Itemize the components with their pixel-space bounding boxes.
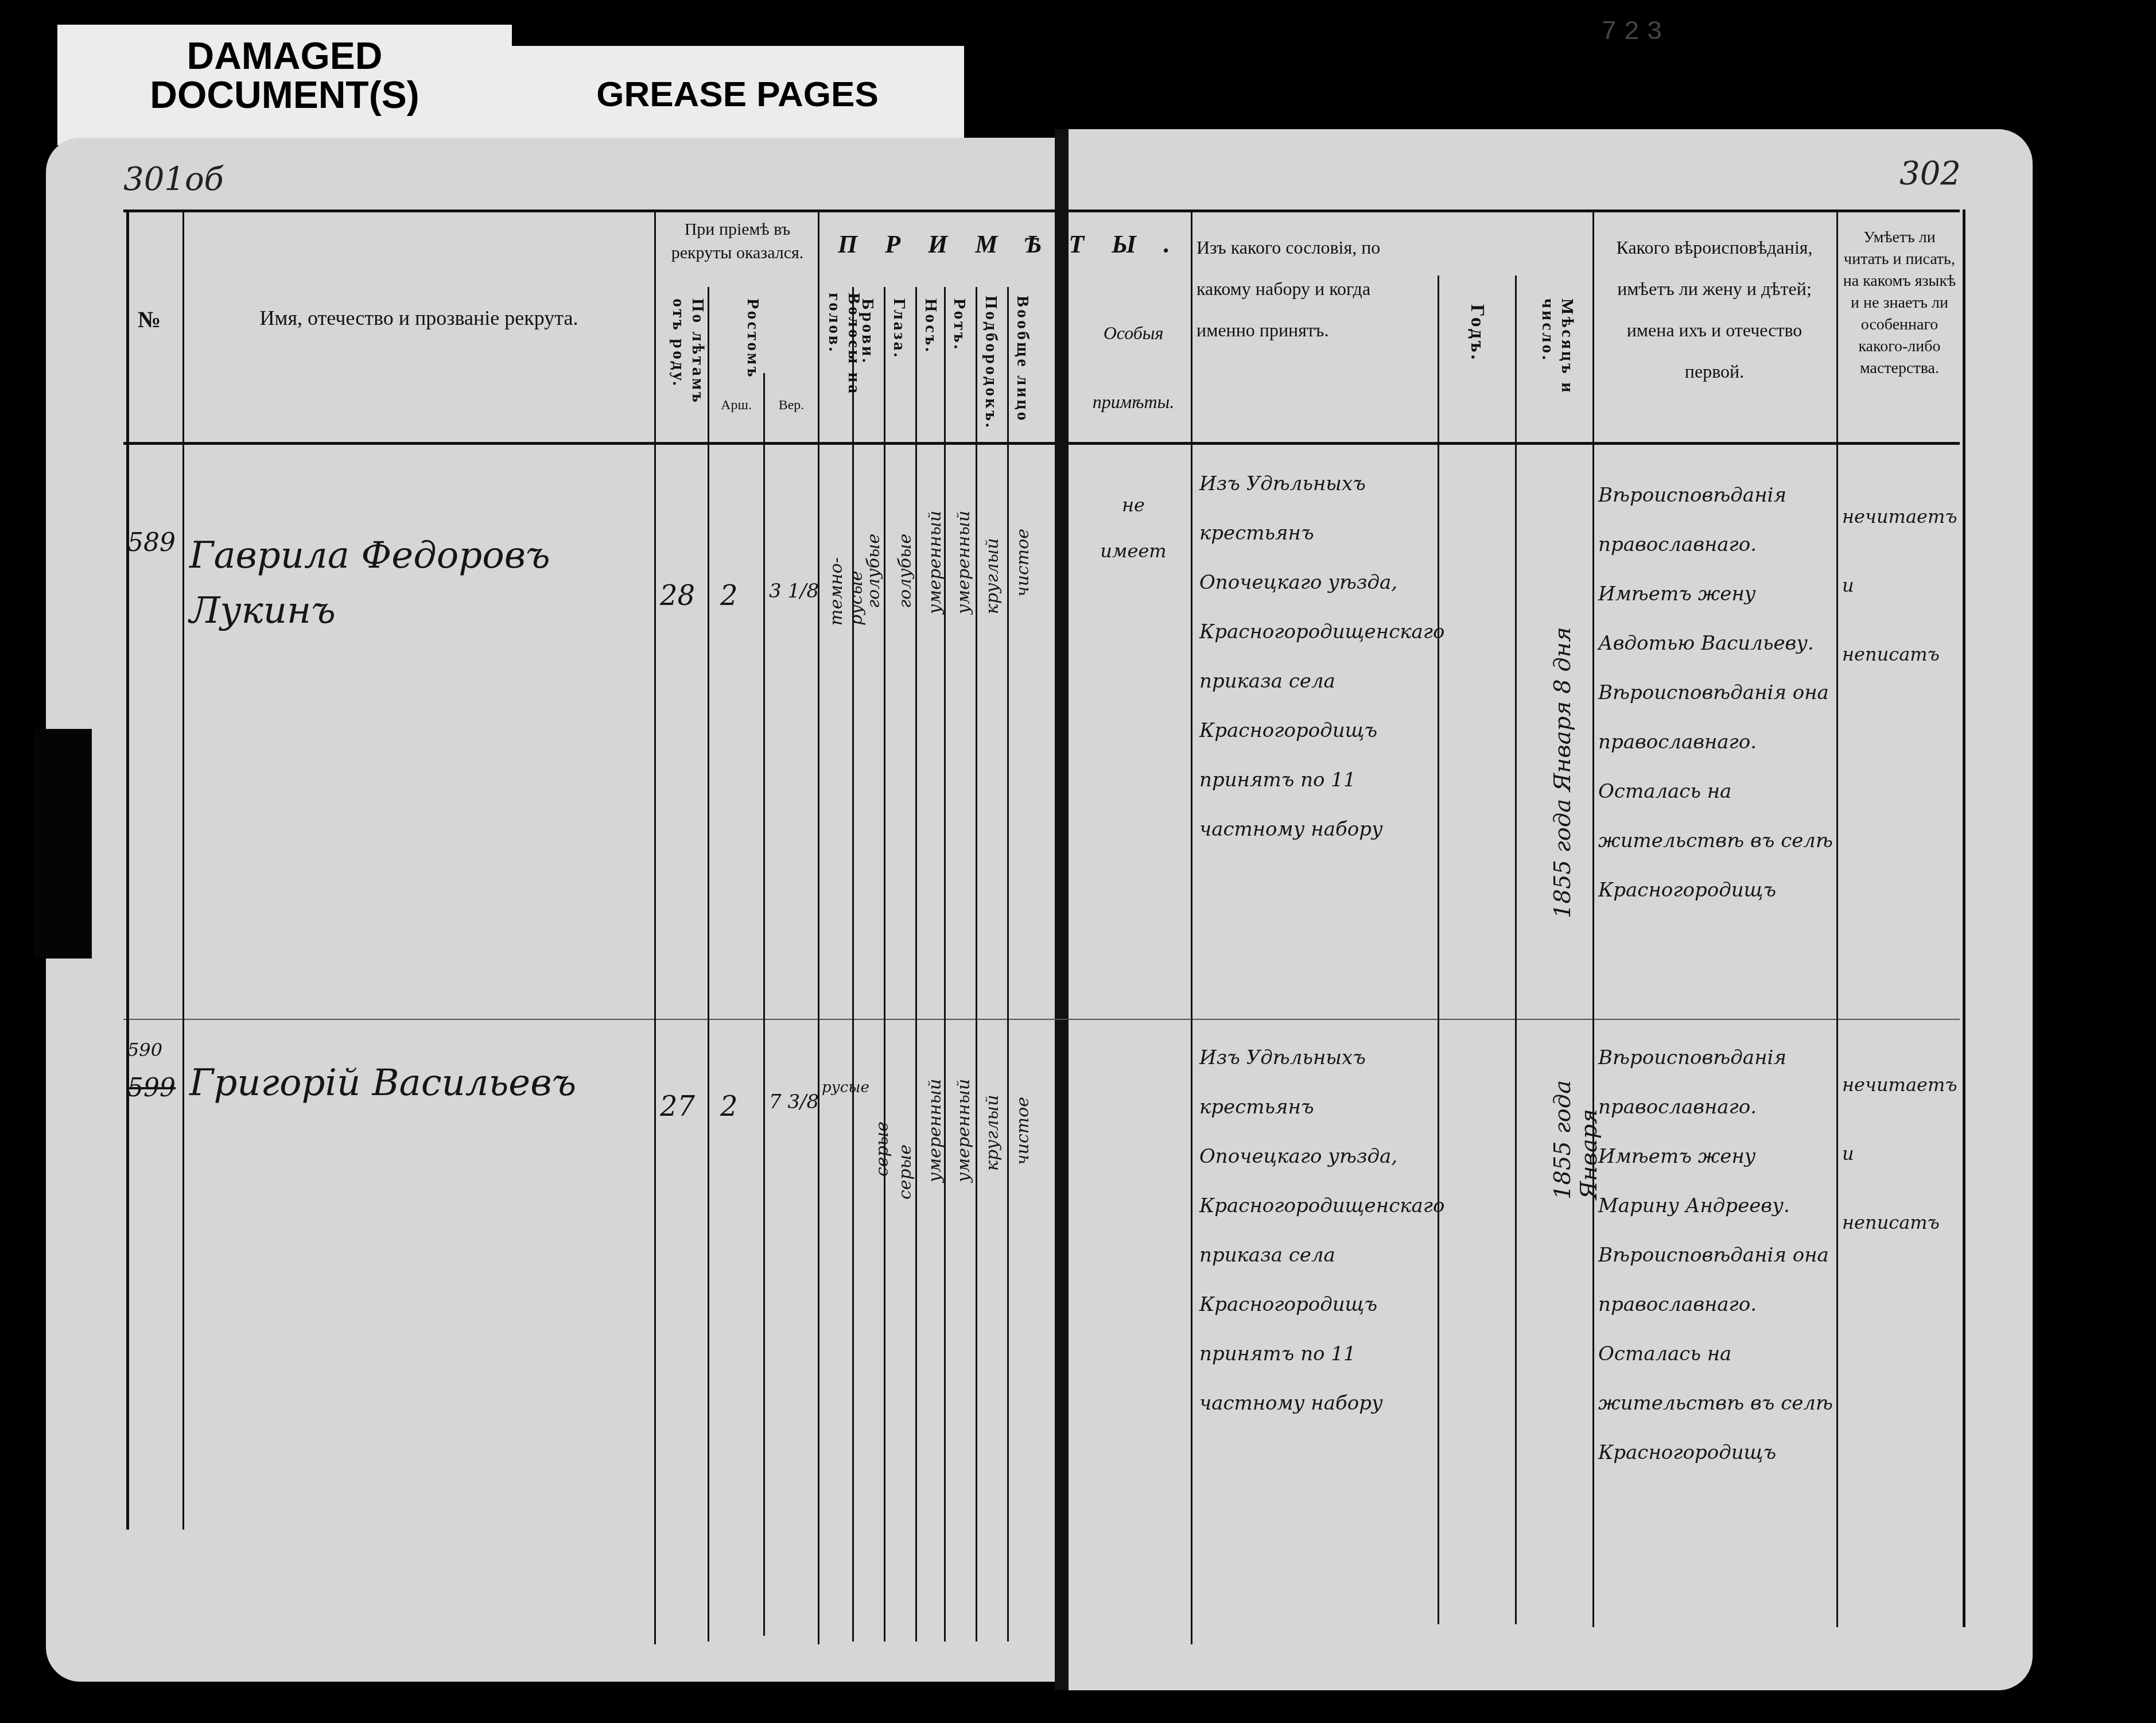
- header-year: Годъ.: [1466, 304, 1488, 430]
- record-date: 1855 года Января 8 дня: [1549, 574, 1576, 918]
- header-face: Вообще лицо: [1013, 296, 1032, 439]
- header-brows: Брови.: [858, 298, 877, 436]
- record-age: 27: [660, 1091, 695, 1123]
- record-literacy: нечитаетъ и неписатъ: [1842, 482, 1957, 689]
- left-page: [46, 138, 1062, 1682]
- column-rule: [654, 209, 656, 1644]
- column-rule: [1515, 275, 1517, 1624]
- grease-pages-tab: GREASE PAGES: [511, 46, 964, 138]
- record-face: чистое: [1013, 1039, 1033, 1165]
- column-rule: [763, 373, 765, 1636]
- record-age: 28: [660, 580, 695, 612]
- header-eyes: Глаза.: [889, 298, 909, 436]
- record-name: Гаврила Федоровъ Лукинъ: [189, 528, 648, 638]
- record-number: 589: [127, 528, 176, 557]
- record-date: 1855 года Января: [1549, 1027, 1602, 1200]
- binding-clip: [34, 729, 92, 958]
- column-rule: [126, 209, 129, 1530]
- folio-left: 301об: [123, 161, 224, 198]
- header-number: №: [138, 304, 161, 335]
- column-rule: [1963, 209, 1965, 1627]
- header-chin: Подбородокъ.: [981, 296, 1001, 439]
- record-ver: 3 1/8: [769, 580, 819, 603]
- column-rule: [1191, 209, 1192, 1644]
- header-month: Мѣсяцъ и число.: [1538, 298, 1577, 436]
- record-brows: голубые: [864, 459, 884, 608]
- column-rule: [884, 287, 885, 1641]
- record-mouth: умеренный: [954, 1039, 974, 1182]
- header-primety: ПРИМѢТЫ.: [838, 230, 1198, 259]
- header-bottom-rule: [123, 442, 1960, 445]
- book-spine: [1055, 129, 1069, 1690]
- header-age-group: При пріемѣ въ рекруты оказался.: [657, 218, 818, 265]
- record-arsh: 2: [720, 1091, 738, 1123]
- table-top-rule: [123, 209, 1960, 212]
- film-frame-number: 723: [1601, 17, 1669, 47]
- column-rule: [1836, 209, 1838, 1627]
- column-rule: [976, 287, 977, 1641]
- header-estate: Изъ какого сословія, по какому набору и …: [1197, 227, 1432, 351]
- column-rule: [852, 287, 854, 1641]
- record-literacy: нечитаетъ и неписатъ: [1842, 1050, 1957, 1257]
- header-height: Ростомъ: [743, 298, 763, 373]
- tab-label: DAMAGED: [57, 36, 512, 75]
- record-brows: серые: [872, 1050, 892, 1177]
- record-name: Григорій Васильевъ: [189, 1062, 648, 1104]
- record-religion: Вѣроисповѣданія православнаго. Имѣетъ же…: [1598, 471, 1833, 915]
- folio-right: 302: [1899, 155, 1961, 192]
- tab-label: DOCUMENT(S): [57, 75, 512, 114]
- record-nose: умеренный: [925, 471, 945, 614]
- header-ver: Вер.: [765, 396, 818, 414]
- column-rule: [1438, 275, 1439, 1624]
- record-religion: Вѣроисповѣданія православнаго. Имѣетъ же…: [1598, 1033, 1833, 1477]
- header-mouth: Ротъ.: [950, 298, 969, 436]
- header-literacy: Умѣетъ ли читать и писать, на какомъ язы…: [1839, 227, 1960, 379]
- record-number-struck: 599: [127, 1073, 176, 1103]
- header-religion: Какого вѣроисповѣданія, имѣетъ ли жену и…: [1595, 227, 1833, 392]
- record-arsh: 2: [720, 580, 738, 612]
- column-rule: [818, 209, 819, 1644]
- header-age: По лѣтамъ отъ роду.: [669, 298, 708, 436]
- column-rule: [1592, 209, 1594, 1627]
- record-eyes: серые: [895, 1050, 915, 1200]
- header-nose: Носъ.: [921, 298, 941, 436]
- record-hair: темно-русые: [826, 534, 867, 626]
- column-rule: [915, 287, 917, 1641]
- row-divider: [123, 1019, 1960, 1020]
- record-eyes: голубые: [895, 459, 915, 608]
- column-rule: [1007, 287, 1009, 1641]
- header-arsh: Арш.: [709, 396, 763, 414]
- record-number: 590: [127, 1039, 162, 1061]
- header-name: Имя, отечество и прозваніе рекрута.: [195, 304, 643, 332]
- record-chin: круглый: [982, 471, 1003, 614]
- record-mouth: умеренный: [954, 471, 974, 614]
- header-special: Особыя примѣты.: [1079, 298, 1188, 436]
- record-ver: 7 3/8: [769, 1091, 819, 1113]
- column-rule: [182, 209, 184, 1530]
- record-estate: Изъ Удѣльныхъ крестьянъ Опочецкаго уѣзда…: [1199, 459, 1435, 854]
- record-face: чистое: [1013, 465, 1033, 597]
- record-special: не имеет: [1099, 482, 1168, 574]
- damaged-documents-tab: DAMAGED DOCUMENT(S): [57, 25, 512, 145]
- record-chin: круглый: [982, 1045, 1003, 1171]
- record-hair: русые: [822, 1079, 869, 1096]
- record-estate: Изъ Удѣльныхъ крестьянъ Опочецкаго уѣзда…: [1199, 1033, 1435, 1428]
- column-rule: [708, 287, 709, 1641]
- record-nose: умеренный: [925, 1039, 945, 1182]
